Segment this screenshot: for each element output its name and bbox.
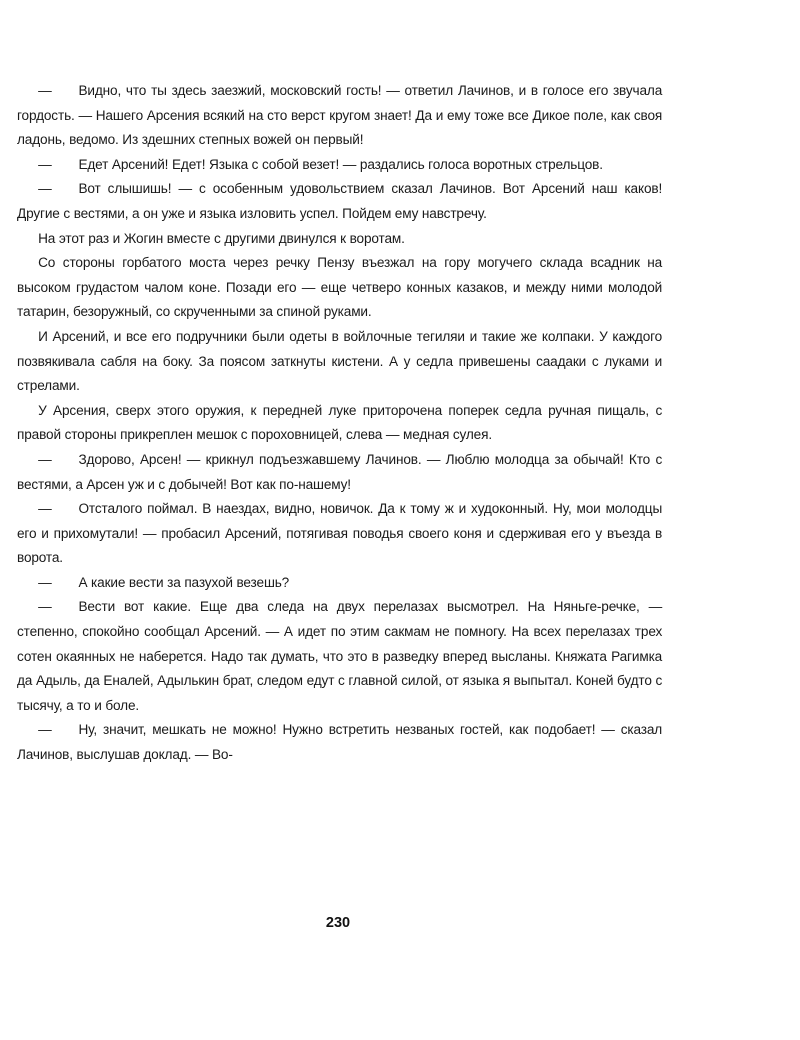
paragraph-text: Видно, что ты здесь заезжий, московский … xyxy=(17,83,662,148)
paragraph-text: Вот слышишь! — с особенным удовольствием… xyxy=(17,181,662,222)
paragraph-text: Ну, значит, мешкать не можно! Нужно встр… xyxy=(17,722,662,763)
dialogue-dash: — xyxy=(17,79,78,104)
paragraph-text: Вести вот какие. Еще два следа на двух п… xyxy=(17,599,662,713)
paragraph: —Вести вот какие. Еще два следа на двух … xyxy=(17,595,662,718)
paragraph: Со стороны горбатого моста через речку П… xyxy=(17,251,662,325)
paragraph-text: Отсталого поймал. В наездах, видно, нови… xyxy=(17,501,662,566)
dialogue-dash: — xyxy=(17,571,78,596)
paragraph: —Видно, что ты здесь заезжий, московский… xyxy=(17,79,662,153)
page-number: 230 xyxy=(0,915,676,931)
paragraph-text: Здорово, Арсен! — крикнул подъезжавшему … xyxy=(17,452,662,493)
paragraph-text: Едет Арсений! Едет! Языка с собой везет!… xyxy=(78,157,602,173)
paragraph: На этот раз и Жогин вместе с другими дви… xyxy=(17,227,662,252)
paragraph: —А какие вести за пазухой везешь? xyxy=(17,571,662,596)
dialogue-dash: — xyxy=(17,153,78,178)
paragraph: И Арсений, и все его подручники были оде… xyxy=(17,325,662,399)
paragraph-text: А какие вести за пазухой везешь? xyxy=(78,575,289,591)
dialogue-dash: — xyxy=(17,448,78,473)
paragraph: У Арсения, сверх этого оружия, к передне… xyxy=(17,399,662,448)
dialogue-dash: — xyxy=(17,177,78,202)
dialogue-dash: — xyxy=(17,718,78,743)
dialogue-dash: — xyxy=(17,497,78,522)
paragraph: —Едет Арсений! Едет! Языка с собой везет… xyxy=(17,153,662,178)
dialogue-dash: — xyxy=(17,595,78,620)
paragraph: —Здорово, Арсен! — крикнул подъезжавшему… xyxy=(17,448,662,497)
document-page: —Видно, что ты здесь заезжий, московский… xyxy=(17,79,662,768)
paragraph: —Ну, значит, мешкать не можно! Нужно вст… xyxy=(17,718,662,767)
paragraph: —Отсталого поймал. В наездах, видно, нов… xyxy=(17,497,662,571)
paragraph: —Вот слышишь! — с особенным удовольствие… xyxy=(17,177,662,226)
